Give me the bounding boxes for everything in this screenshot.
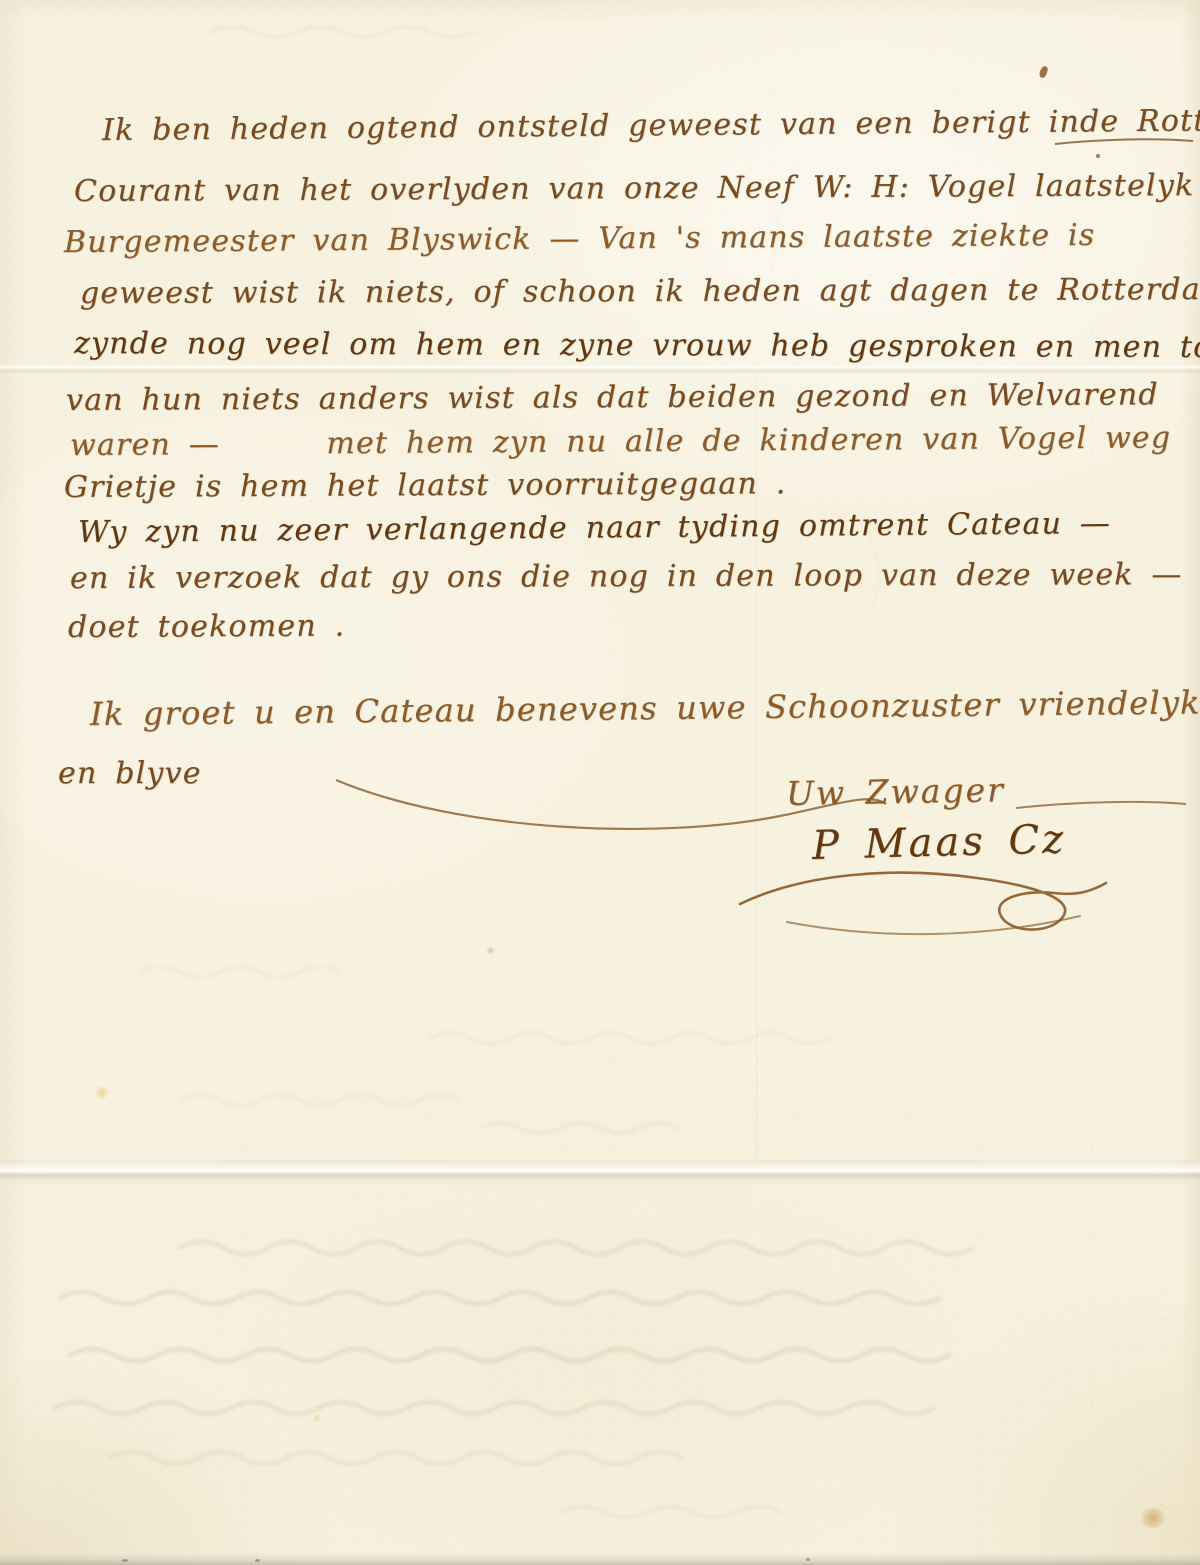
paper-stain xyxy=(94,1086,110,1099)
letter-page: Ik ben heden ogtend ontsteld geweest van… xyxy=(0,0,1200,1565)
edge-speck xyxy=(122,1559,128,1562)
scan-bottom-edge xyxy=(0,1553,1200,1565)
paper-stain xyxy=(486,946,495,955)
signature-name: P Maas Cz xyxy=(811,816,1066,869)
letter-line: en ik verzoek dat gy ons die nog in den … xyxy=(70,558,1183,596)
fold-line-upper xyxy=(0,364,1200,374)
letter-closing-line: en blyve xyxy=(58,757,202,792)
letter-closing-line: Ik groet u en Cateau benevens uwe Schoon… xyxy=(90,684,1200,732)
edge-speck xyxy=(806,1558,810,1561)
letter-line: Wy zyn nu zeer verlangende naar tyding o… xyxy=(78,507,1111,551)
paper-stain xyxy=(1140,1508,1166,1528)
letter-line: Burgemeester van Blyswick — Van 's mans … xyxy=(64,219,1096,261)
letter-line: geweest wist ik niets, of schoon ik hede… xyxy=(80,273,1200,312)
letter-line: zynde nog veel om hem en zyne vrouw heb … xyxy=(74,327,1200,366)
ink-spot xyxy=(1096,154,1100,158)
ink-spot xyxy=(1038,65,1048,79)
letter-line: Grietje is hem het laatst voorruitgegaan… xyxy=(64,467,787,505)
fold-line-lower xyxy=(0,1160,1200,1186)
letter-line: doet toekomen . xyxy=(68,610,346,646)
signature-tail-stroke xyxy=(1012,798,1190,812)
paper-stain xyxy=(312,1414,322,1422)
letter-line: waren — met hem zyn nu alle de kinderen … xyxy=(70,421,1171,463)
signature-flourish xyxy=(732,862,1114,950)
letter-line: Courant van het overlyden van onze Neef … xyxy=(74,169,1195,209)
letter-line: van hun niets anders wist als dat beiden… xyxy=(66,378,1159,418)
letter-line: Ik ben heden ogtend ontsteld geweest van… xyxy=(102,104,1200,149)
signature-salutation: Uw Zwager xyxy=(786,771,1005,813)
edge-speck xyxy=(255,1559,260,1562)
